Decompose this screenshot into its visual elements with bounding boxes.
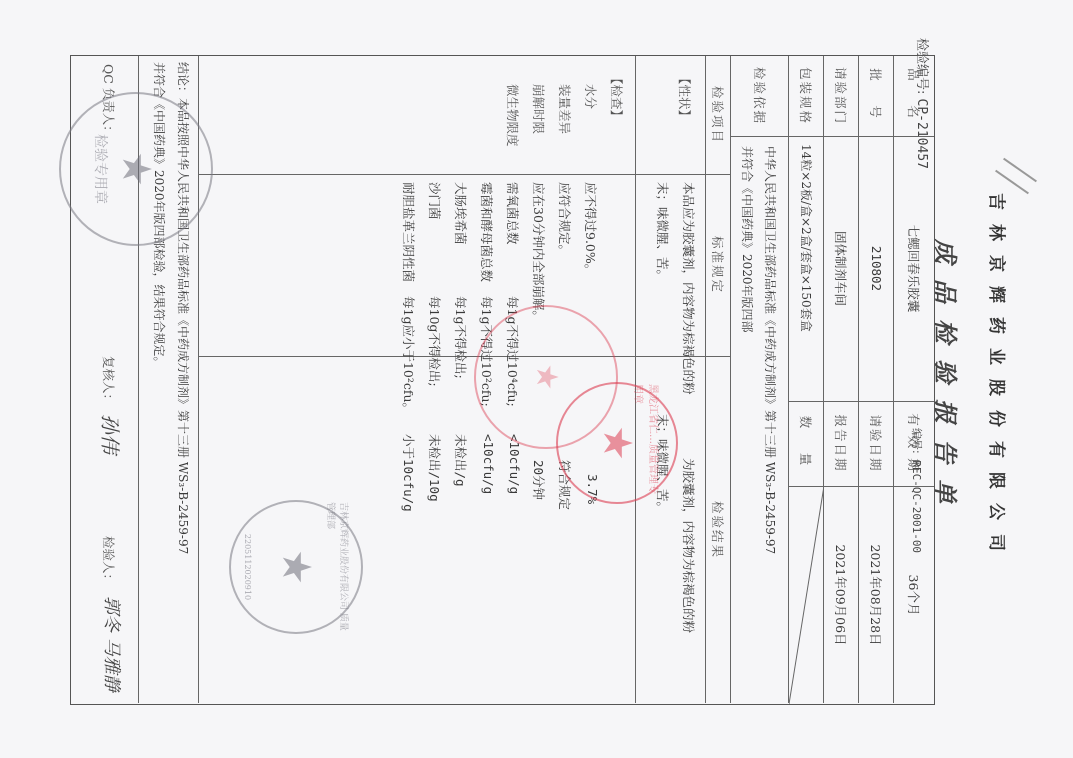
basis-line-1: 中华人民共和国卫生部药品标准《中药成方制剂》第十三册 WS₃-B-2459-97 [762, 146, 779, 554]
micro-result: 未检出/10g [426, 434, 444, 502]
quantity-empty-diagonal [789, 486, 824, 704]
micro-standard: 每1g不得检出; [452, 296, 470, 379]
column-standard-header: 标准规定 [706, 174, 731, 356]
inspection-standard: 应不得过9.0%。 [582, 182, 600, 276]
appearance-standard-line-2: 末；味微腥、苦。 [654, 182, 672, 282]
inspection-result: 符合规定 [556, 460, 574, 510]
micro-standard: 每1g应小于10²cfu。 [400, 296, 418, 415]
shelf-life-label: 有 效 期 [894, 401, 934, 486]
micro-item: 耐胆盐革兰阴性菌 [400, 182, 418, 282]
report-title: 成品检验报告单 [930, 0, 965, 758]
appearance-result-line-2: 末；味微腥、苦。 [654, 414, 672, 514]
inspector-signature: 郭冬 马雅静 [100, 596, 126, 692]
micro-standard: 每1g不得过10²cfu; [478, 296, 496, 407]
micro-item: 需氧菌总数 [504, 182, 522, 245]
inspection-item: 水分 [582, 84, 600, 109]
inspector-label: 检验人： [100, 536, 118, 586]
micro-item: 大肠埃希菌 [452, 182, 470, 245]
inspection-standard: 应符合规定。 [556, 182, 574, 257]
company-name: 吉林京辉药业股份有限公司 [986, 0, 1011, 758]
appearance-label: 【性状】 [676, 72, 694, 122]
product-name-value: 七鳃回春乐胶囊 [894, 136, 934, 401]
micro-result: 小于10cfu/g [400, 434, 418, 512]
report-table: 品 名 七鳃回春乐胶囊 有 效 期 36个月 批 号 210802 请验日期 2… [70, 55, 935, 705]
micro-standard: 每1g不得过10⁴cfu; [504, 296, 522, 407]
inspection-result: 3.7% [585, 474, 600, 504]
batch-value: 210802 [859, 136, 894, 401]
department-label: 请验部门 [824, 56, 859, 136]
micro-result: <10cfu/g [481, 434, 496, 494]
report-date-value: 2021年09月06日 [824, 486, 859, 704]
basis-label: 检验依据 [731, 56, 789, 136]
request-date-value: 2021年08月28日 [859, 486, 894, 704]
qc-manager-label: QC 负责人： [100, 64, 118, 138]
reviewer-label: 复核人： [100, 356, 118, 406]
batch-label: 批 号 [859, 56, 894, 136]
request-date-label: 请验日期 [859, 401, 894, 486]
inspection-result: 20分钟 [530, 460, 548, 500]
report-date-label: 报告日期 [824, 401, 859, 486]
department-value: 固体制剂车间 [824, 136, 859, 401]
inspection-label: 【检查】 [608, 72, 626, 122]
package-label: 包装规格 [789, 56, 824, 136]
basis-line-2: 并符合《中国药典》2020年版四部 [739, 146, 756, 333]
report-document: 吉林京辉药业股份有限公司 成品检验报告单 检验编号: CP-210457 编号:… [0, 0, 1073, 758]
micro-item: 沙门菌 [426, 182, 444, 220]
reviewer-signature: 孙伟 [97, 414, 126, 454]
micro-standard: 每10g不得检出; [426, 296, 444, 387]
inspection-item: 装量差异 [556, 84, 574, 134]
inspection-item: 崩解时限 [530, 84, 548, 134]
inspection-standard: 应在30分钟内全部崩解。 [530, 182, 548, 323]
column-item-header: 检验项目 [706, 56, 731, 174]
appearance-standard-line-1: 本品应为胶囊剂，内容物为棕褐色的粉 [680, 182, 698, 395]
inspection-item: 微生物限度 [504, 84, 522, 147]
conclusion-line-2: 并符合《中国药典》2020年版四部检验，结果符合规定。 [151, 62, 168, 369]
micro-item: 霉菌和酵母菌总数 [478, 182, 496, 282]
shelf-life-value: 36个月 [894, 486, 934, 704]
column-result-header: 检验结果 [706, 356, 731, 704]
package-value: 14粒×2板/盒×2盒/套盒×150套盒 [789, 136, 824, 409]
product-name-label: 品 名 [894, 56, 934, 136]
micro-result: <10cfu/g [507, 434, 522, 494]
quantity-label: 数 量 [789, 401, 824, 486]
appearance-result-line-1: 为胶囊剂，内容物为棕褐色的粉 [680, 458, 698, 633]
conclusion-line-1: 结论：本品按照中华人民共和国卫生部药品标准《中药成方制剂》第十三册 WS₃-B-… [175, 62, 192, 554]
micro-result: 未检出/g [452, 434, 470, 487]
conclusion-label: 结论： [176, 62, 190, 98]
conclusion-text-1: 本品按照中华人民共和国卫生部药品标准《中药成方制剂》第十三册 WS₃-B-245… [176, 98, 190, 554]
